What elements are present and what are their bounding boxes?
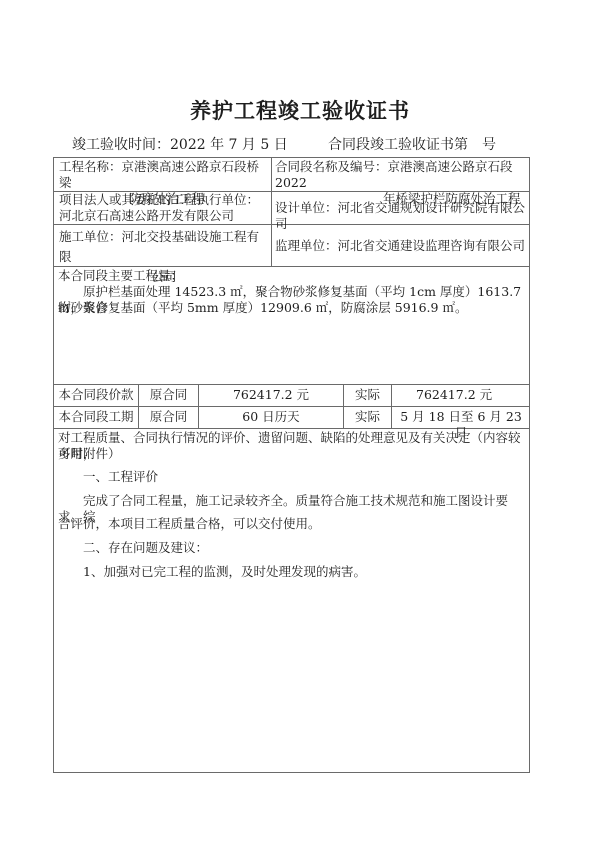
project-owner-label: 项目法人或其委托的工程执行单位： (59, 192, 269, 208)
evaluation-heading-line2: 可用附件） (58, 446, 523, 462)
quantities-line2: 物砂浆修复基面（平均 5mm 厚度）12909.6 ㎡，防腐涂层 5916.9 … (58, 300, 523, 316)
price-original-value: 762417.2 元 (199, 387, 343, 403)
row-divider (54, 384, 529, 385)
certificate-table: 工程名称：京港澳高速公路京石段桥梁 防腐处治工程 合同段名称及编号：京港澳高速公… (53, 157, 530, 773)
project-name-line1: 工程名称：京港澳高速公路京石段桥梁 (59, 159, 269, 191)
quantities-heading: 本合同段主要工程量： (58, 268, 523, 284)
row-divider (54, 406, 529, 407)
supervision-unit-cell: 监理单位：河北省交通建设监理咨询有限公司 (275, 238, 529, 254)
price-original-label: 原合同 (139, 387, 198, 403)
section1-title: 一、工程评价 (58, 469, 523, 485)
price-label: 本合同段价款 (54, 387, 138, 403)
section2-item1: 1、加强对已完工程的监测，及时处理发现的病害。 (58, 564, 523, 580)
price-actual-value: 762417.2 元 (416, 387, 526, 403)
certificate-number: 合同段竣工验收证书第 号 (328, 134, 496, 154)
project-owner-value: 河北京石高速公路开发有限公司 (59, 208, 269, 224)
document-title: 养护工程竣工验收证书 (0, 95, 600, 125)
project-owner-cell: 项目法人或其委托的工程执行单位： 河北京石高速公路开发有限公司 (59, 192, 269, 224)
period-original-value: 60 日历天 (199, 409, 343, 425)
section1-line2: 合评价，本项目工程质量合格，可以交付使用。 (58, 516, 523, 532)
period-original-label: 原合同 (139, 409, 198, 425)
section2-title: 二、存在问题及建议： (58, 540, 523, 556)
period-actual-label: 实际 (344, 409, 391, 425)
column-divider (271, 158, 272, 266)
acceptance-date: 竣工验收时间：2022 年 7 月 5 日 (72, 134, 288, 154)
period-label: 本合同段工期 (54, 409, 138, 425)
contract-section-line1: 合同段名称及编号：京港澳高速公路京石段 2022 (275, 159, 529, 191)
construction-unit-line1: 施工单位：河北交投基础设施工程有限 (59, 227, 269, 267)
design-unit-cell: 设计单位：河北省交通规划设计研究院有限公司 (275, 200, 529, 232)
price-actual-label: 实际 (344, 387, 391, 403)
